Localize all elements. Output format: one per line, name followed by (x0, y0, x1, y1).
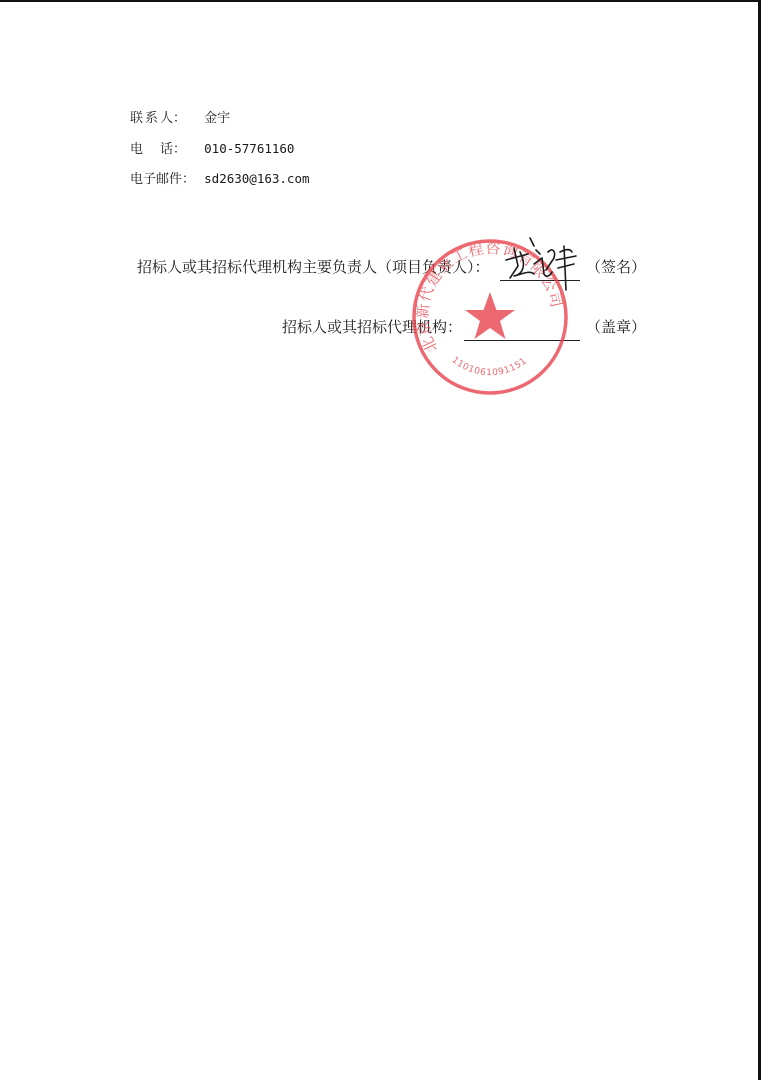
document-page: 联 系 人： 金宇 电 话： 010-57761160 电子邮件： sd2630… (0, 0, 761, 1080)
star-icon (465, 292, 515, 339)
contact-email-row: 电子邮件： sd2630@163.com (130, 170, 310, 188)
contact-phone-label: 电 话： (130, 141, 200, 159)
handwritten-signature (500, 230, 590, 295)
agency-label: 招标人或其招标代理机构： (282, 316, 462, 338)
seal-suffix: （盖章） (586, 316, 646, 338)
responsible-person-label: 招标人或其招标代理机构主要负责人（项目负责人）： (137, 256, 490, 278)
contact-phone-value: 010-57761160 (204, 140, 294, 158)
contact-person-value: 金宇 (204, 110, 230, 128)
contact-person-row: 联 系 人： 金宇 (130, 110, 230, 128)
contact-phone-row: 电 话： 010-57761160 (130, 140, 294, 158)
sign-suffix: （签名） (586, 256, 646, 278)
contact-person-label: 联 系 人： (130, 110, 200, 128)
seal-code: 1101061091151 (450, 355, 529, 378)
contact-email-value: sd2630@163.com (204, 170, 309, 188)
seal-line (464, 340, 580, 341)
svg-text:1101061091151: 1101061091151 (450, 355, 529, 378)
contact-email-label: 电子邮件： (130, 171, 200, 189)
